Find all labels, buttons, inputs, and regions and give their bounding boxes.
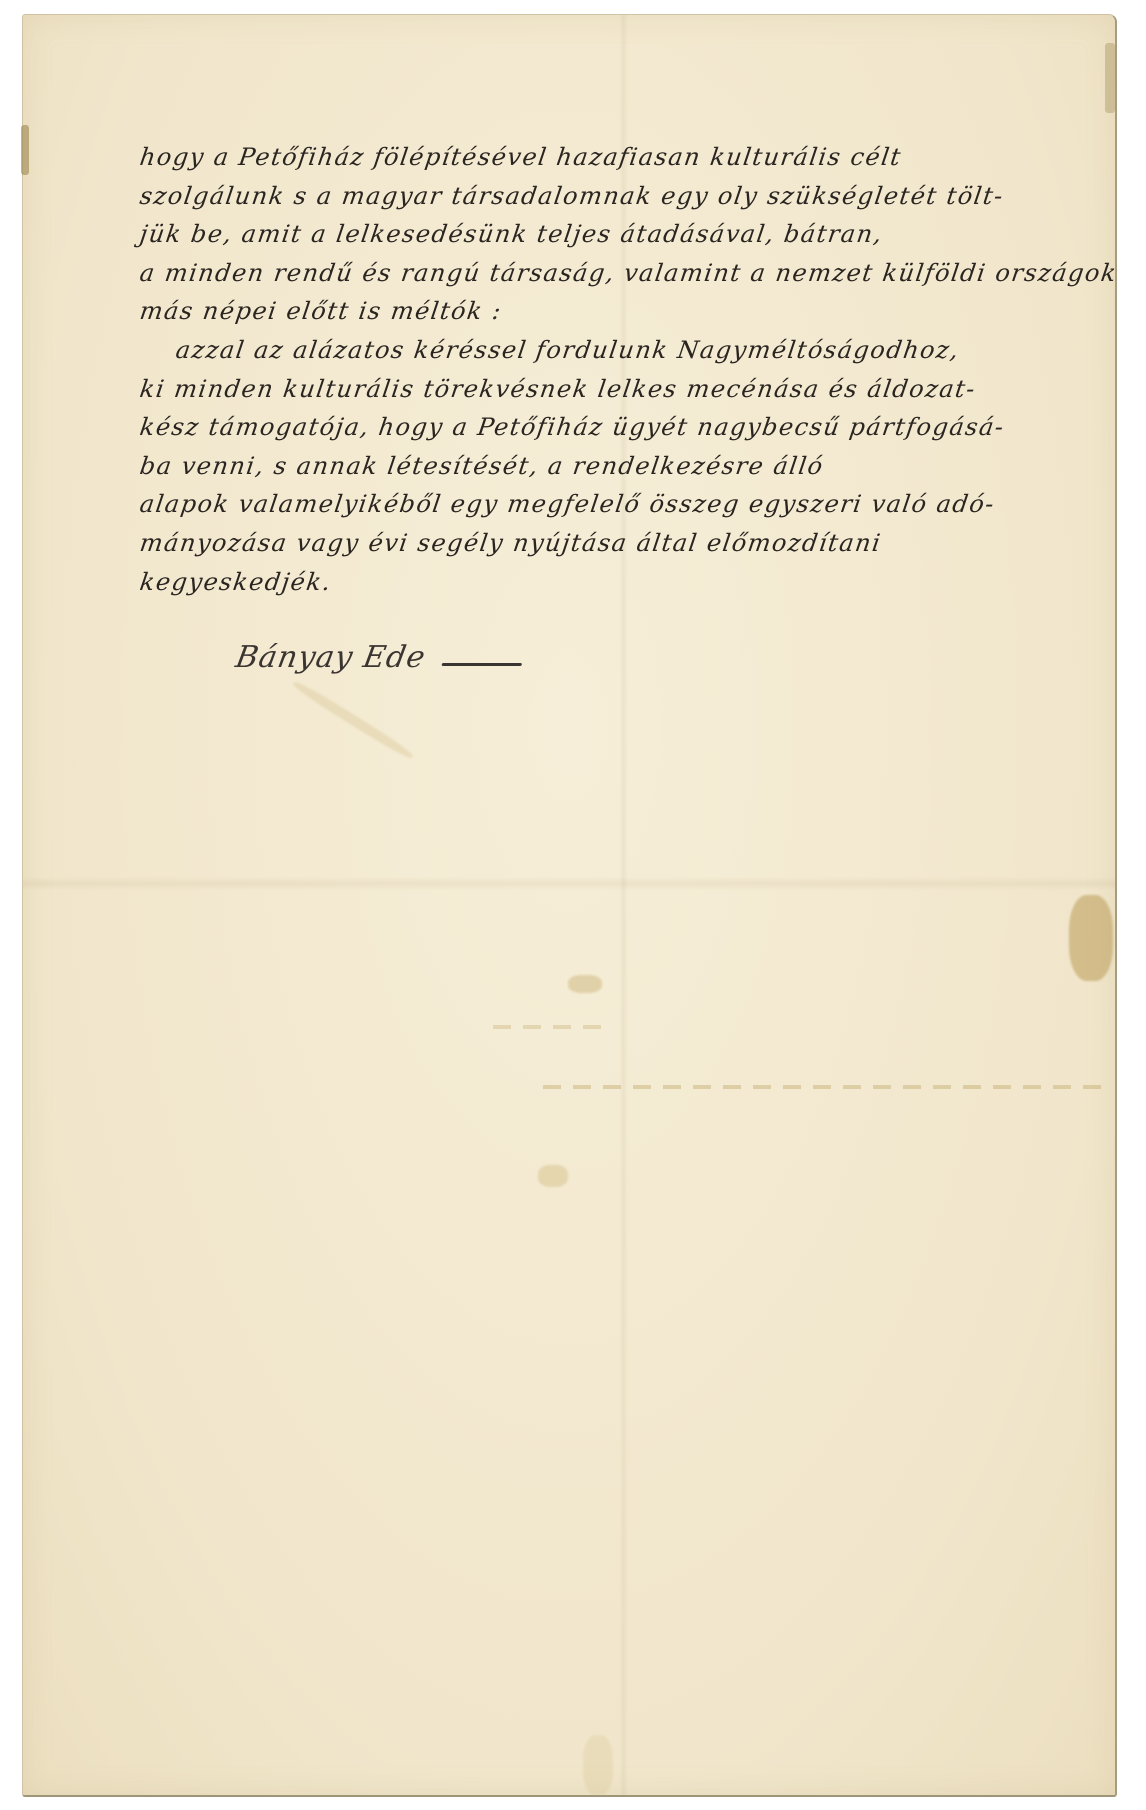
letter-line: a minden rendű és rangú társaság, valami… [137,254,1032,293]
left-edge-stain [21,125,29,175]
letter-line: alapok valamelyikéből egy megfelelő össz… [137,485,1032,524]
letter-line: mányozása vagy évi segély nyújtása által… [137,524,1032,563]
letter-line: azzal az alázatos kéréssel fordulunk Nag… [137,331,1032,370]
letter-line: más népei előtt is méltók : [137,292,1032,331]
top-right-edge-stain [1105,43,1115,113]
crease-stain-lower [543,1085,1103,1089]
crease-stain-upper [493,1025,613,1029]
letter-line: kész támogatója, hogy a Petőfiház ügyét … [137,408,1032,447]
diagonal-stain [291,679,415,762]
right-edge-stain [1069,895,1113,981]
letter-line: kegyeskedjék. [137,563,1032,602]
signature-name: Bányay Ede [233,640,429,675]
letter-line: ki minden kulturális törekvésnek lelkes … [137,370,1032,409]
center-stain [538,1165,568,1187]
signature-flourish [442,663,523,666]
signature: Bányay Ede [233,640,527,675]
fold-stain [568,975,602,993]
letter-body: hogy a Petőfiház fölépítésével hazafiasa… [140,138,1030,601]
letter-line: szolgálunk s a magyar társadalomnak egy … [137,177,1032,216]
letter-line: jük be, amit a lelkesedésünk teljes átad… [137,215,1032,254]
bottom-stain [583,1735,613,1795]
letter-line: ba venni, s annak létesítését, a rendelk… [137,447,1032,486]
letter-line: hogy a Petőfiház fölépítésével hazafiasa… [137,138,1032,177]
